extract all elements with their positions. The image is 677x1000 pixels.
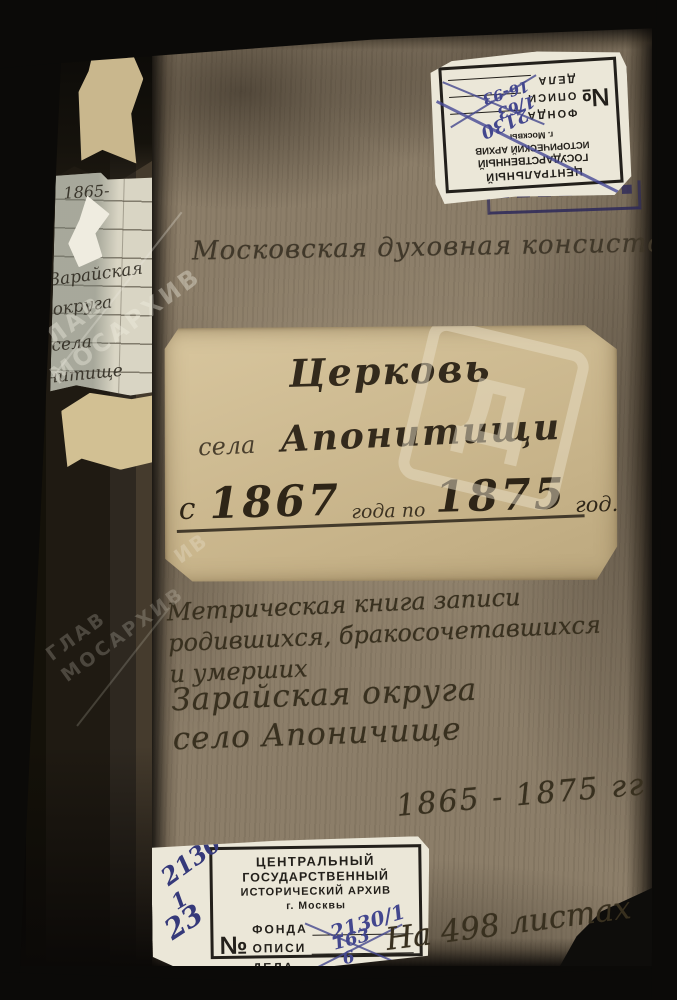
opis-label: ОПИСИ (252, 941, 306, 956)
village-name: Апонитищи (279, 406, 562, 461)
book: 1865- гг Зарайская округа села нитище ГЛ… (18, 26, 652, 966)
spine-label-line: села (51, 332, 93, 356)
backdrop-right (651, 0, 677, 1000)
spine-label-line: нитище (50, 361, 124, 388)
number-sign: № (219, 931, 247, 960)
archival-code-handwriting: 2130 1 23 (155, 843, 211, 964)
district-handwriting: Зарайская округа село Апоничище (171, 671, 480, 760)
church-line: Церковь (163, 342, 618, 400)
spine-label-line: Зарайская (50, 259, 144, 291)
village-line: села Апонитищи (197, 406, 562, 464)
spine-label-tear (65, 194, 112, 271)
heading-handwriting: Московская духовная консисторія (192, 227, 652, 266)
number-sign: № (581, 81, 611, 112)
archive-name-line: ИСТОРИЧЕСКИЙ АРХИВ (213, 884, 419, 901)
delo-label: ДЕЛА (536, 72, 576, 86)
year-range-handwriting: 1865 - 1875 гг (395, 767, 647, 824)
watermark-fragment: ИВ (169, 528, 212, 568)
fond-label: ФОНДА (252, 922, 308, 937)
village-word-small: села (198, 431, 256, 462)
stamp-rows: ФОНДА ОПИСИ ДЕЛА 2130 1/63 16-93 (448, 72, 578, 131)
title-label: Церковь села Апонитищи с 1867 года по 18… (163, 324, 620, 585)
delo-code: 23 (158, 898, 209, 947)
front-cover: ЦЕНТРАЛЬНЫЙ ГОСУДАРСТВЕННЫЙ ИСТОРИЧЕСКИЙ… (152, 26, 652, 966)
spine-bottom-leather (18, 746, 152, 966)
backdrop-bottom (0, 960, 677, 1000)
delo-label: ДЕЛА (253, 960, 295, 966)
spine-label-line: округа (51, 292, 113, 320)
archive-stamp-label-top: ЦЕНТРАЛЬНЫЙ ГОСУДАРСТВЕННЫЙ ИСТОРИЧЕСКИЙ… (428, 46, 635, 206)
year-from: 1867 (209, 476, 342, 530)
archival-photo: 1865- гг Зарайская округа села нитище ГЛ… (0, 0, 677, 1000)
archive-stamp-top: ЦЕНТРАЛЬНЫЙ ГОСУДАРСТВЕННЫЙ ИСТОРИЧЕСКИЙ… (438, 57, 623, 194)
years-prefix: с (178, 492, 196, 527)
stamp-fields: № ФОНДА ОПИСИ ДЕЛА 2130 (442, 68, 617, 135)
